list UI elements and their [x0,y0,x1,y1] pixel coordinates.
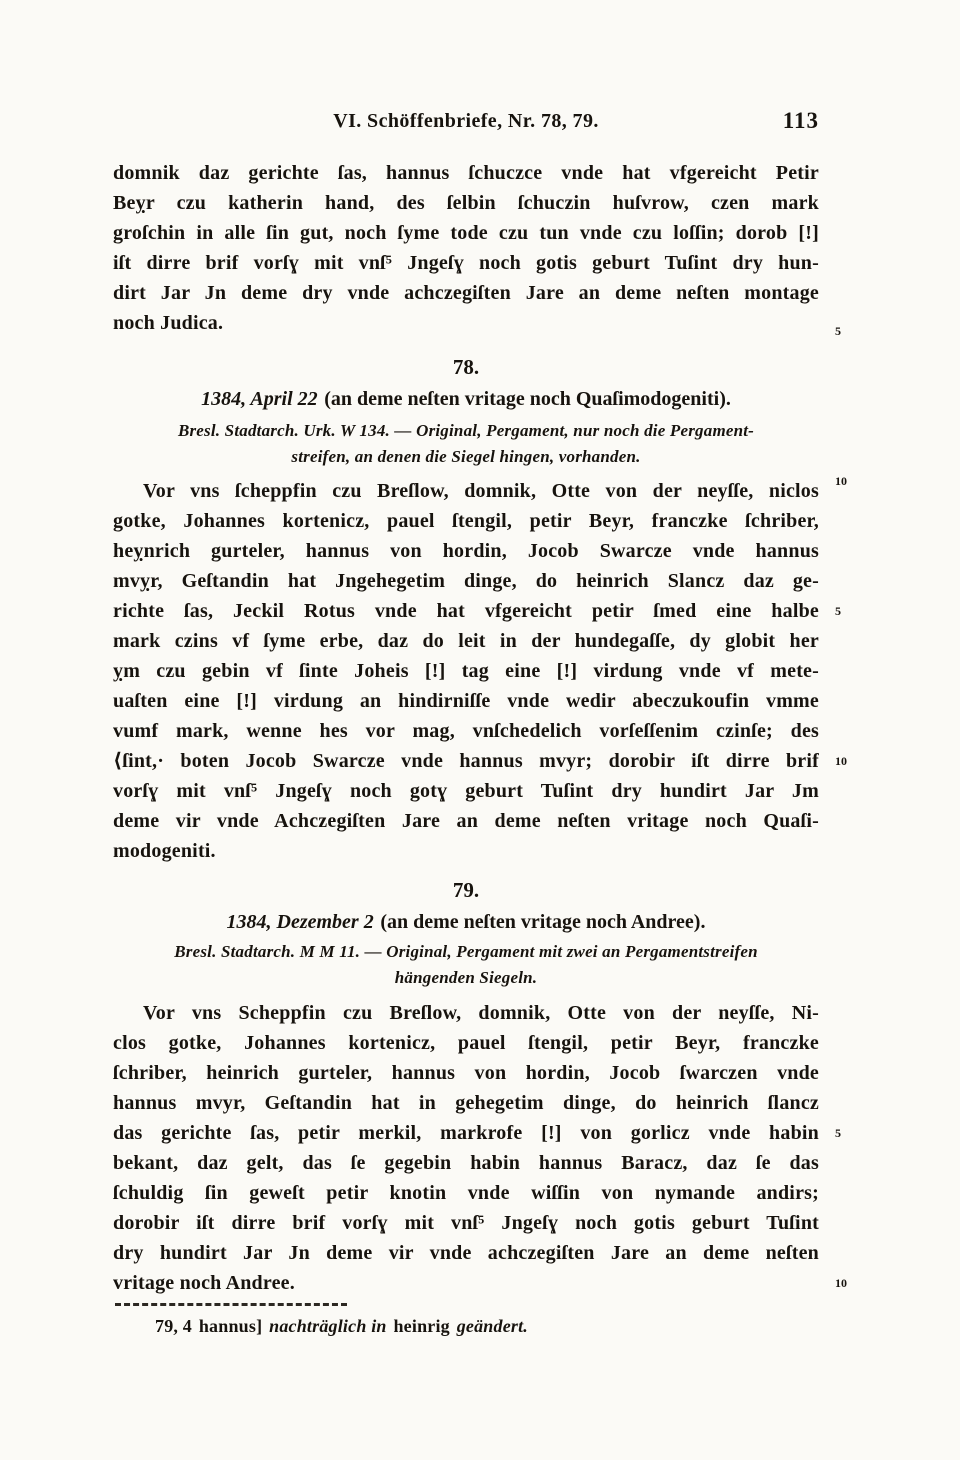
text-line: ſchuldig ſin geweſt petir knotin vnde wi… [113,1178,819,1208]
entry-78-date-rest: (an deme neſten vritage noch Quaſimodoge… [324,388,731,410]
text-line: noch Judica. [113,308,819,338]
text-line: vritage noch Andree.10 [113,1268,819,1298]
entry-79-source-note: Bresl. Stadtarch. M M 11. — Original, Pe… [113,939,819,991]
entry-79-body: Vor vns Scheppfin czu Breſlow, domnik, O… [113,998,819,1298]
text-line: das gerichte ſas, petir merkil, markrofe… [113,1118,819,1148]
text-line: dry hundirt Jar Jn deme vir vnde achczeg… [113,1238,819,1268]
entry-79-number: 79. [113,875,819,905]
text-line: gotke, Johannes kortenicz, pauel ſtengil… [113,506,819,536]
entry-78-number: 78. [113,352,819,382]
source-line: Bresl. Stadtarch. Urk. W 134. — Original… [113,418,819,444]
text-line: Beỵr czu katherin hand, des ſelbin ſchuc… [113,188,819,218]
source-line: hängenden Siegeln. [113,965,819,991]
text-line: richte ſas, Jeckil Rotus vnde hat vfgere… [113,596,819,626]
footnote-note-italic: geändert. [457,1316,528,1336]
footnote-ref: 79, 4 [155,1316,192,1336]
text-line: dorobir iſt dirre brif vorſɣ mit vnſ⁵ Jn… [113,1208,819,1238]
source-line: streifen, an denen die Siegel hingen, vo… [113,444,819,470]
text-line: heỵnrich gurteler, hannus von hordin, Jo… [113,536,819,566]
text-line: ỵm czu gebin vf ſinte Joheis [!] tag ein… [113,656,819,686]
margin-line-number: 5 [835,317,841,345]
text-line: domnik daz gerichte ſas, hannus ſchuczce… [113,158,819,188]
margin-line-number: 5 [835,597,841,625]
entry-78-source-note: Bresl. Stadtarch. Urk. W 134. — Original… [113,418,819,470]
text-line: mvỵr, Geſtandin hat Jngehegetim dinge, d… [113,566,819,596]
text-line: mark czins vf ſyme erbe, daz do leit in … [113,626,819,656]
entry-78-dateline: 1384, April 22(an deme neſten vritage no… [113,384,819,414]
text-line: uaſten eine [!] virdung an hindirniſſe v… [113,686,819,716]
text-line: dirt Jar Jn deme dry vnde achczegiſten J… [113,278,819,308]
running-header: VI. Schöffenbriefe, Nr. 78, 79. 113 [113,110,819,138]
entry-79-dateline: 1384, Dezember 2(an deme neſten vritage … [113,907,819,937]
text-line: groſchin in alle ſin gut, noch ſyme tode… [113,218,819,248]
entry-79-date-rest: (an deme neſten vritage noch Andree). [380,911,705,933]
margin-line-number: 5 [835,1119,841,1147]
text-line: Vor vns ſcheppfin czu Breſlow, domnik, O… [113,476,819,506]
text-line: bekant, daz gelt, das ſe gegebin habin h… [113,1148,819,1178]
text-line: modogeniti. [113,836,819,866]
text-line: hannus mvyr, Geſtandin hat in gehegetim … [113,1088,819,1118]
margin-line-number: 10 [835,747,847,775]
book-page: VI. Schöffenbriefe, Nr. 78, 79. 113 domn… [0,0,960,1460]
footnote: 79, 4hannus]nachträglich inheinriggeände… [155,1316,528,1337]
footnote-rule [115,1303,347,1306]
entry-78-body: Vor vns ſcheppfin czu Breſlow, domnik, O… [113,476,819,866]
text-line: ſchriber, heinrich gurteler, hannus von … [113,1058,819,1088]
text-line: deme vir vnde Achczegiſten Jare an deme … [113,806,819,836]
paragraph-continuation: domnik daz gerichte ſas, hannus ſchuczce… [113,158,819,338]
text-line: vumf mark, wenne hes vor mag, vnſchedeli… [113,716,819,746]
entry-78-date: 1384, April 22 [201,388,318,410]
source-line: Bresl. Stadtarch. M M 11. — Original, Pe… [113,939,819,965]
entry-79-date: 1384, Dezember 2 [227,911,374,933]
header-title: VI. Schöffenbriefe, Nr. 78, 79. [113,110,819,133]
page-number: 113 [783,108,819,134]
text-line: vorſɣ mit vnſ⁵ Jngeſɣ noch gotɣ geburt T… [113,776,819,806]
margin-line-number: 10 [835,1269,847,1297]
text-line: iſt dirre brif vorſɣ mit vnſ⁵ Jngeſɣ noc… [113,248,819,278]
footnote-note-italic: nachträglich in [269,1316,387,1336]
text-line: Vor vns Scheppfin czu Breſlow, domnik, O… [113,998,819,1028]
footnote-lemma: hannus] [199,1316,262,1336]
margin-line-number: 10 [835,467,847,495]
footnote-note-roman: heinrig [393,1316,449,1336]
text-line: clos gotke, Johannes kortenicz, pauel ſt… [113,1028,819,1058]
text-line: ⟨ſint,· boten Jocob Swarcze vnde hannus … [113,746,819,776]
